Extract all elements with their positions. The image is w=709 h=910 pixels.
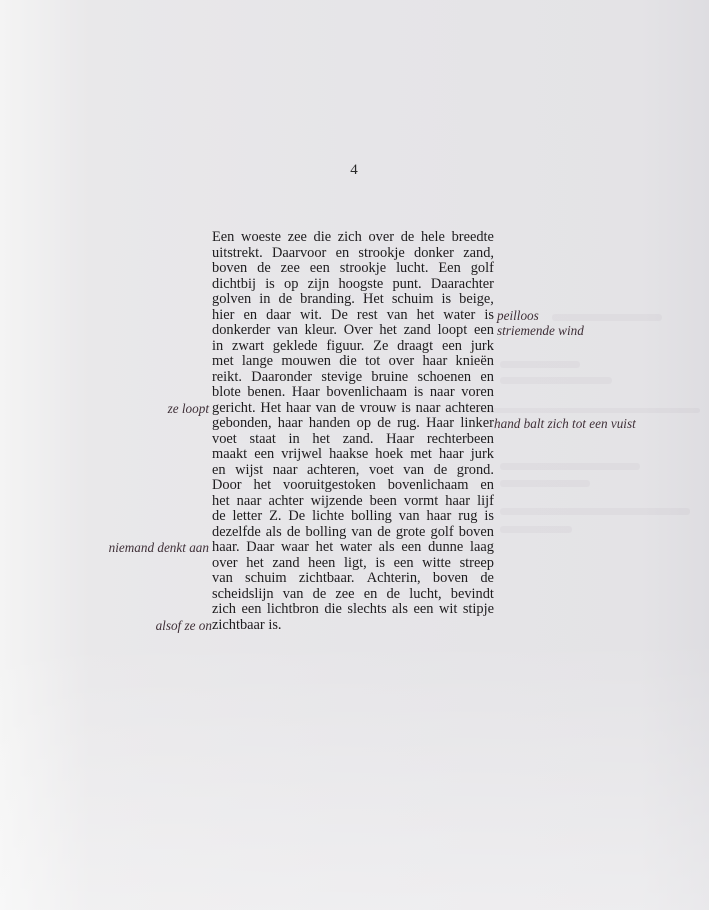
margin-note-left: niemand denkt aan [109, 540, 209, 556]
text-line: dichtbijisopzijnhoogstepunt.Daarachter [212, 277, 494, 293]
line-text: enwijstnaarachteren,voetvandegrond. [212, 463, 494, 479]
line-text: dezelfdealsdebollingvandegrotegolfboven [212, 525, 494, 541]
text-line: voetstaatinhetzand.Haarrechterbeen [212, 432, 494, 448]
text-line: Doorhetvooruitgestokenbovenlichaamen [212, 478, 494, 494]
text-line: gebonden,haarhandenopderug.Haarlinkerhan… [212, 416, 494, 432]
line-text: gebonden,haarhandenopderug.Haarlinker [212, 416, 494, 432]
text-line: reikt.Daaronderstevigebruineschoenenen [212, 370, 494, 386]
line-text: zichtbaar is. [212, 617, 282, 633]
text-line: uitstrekt.Daarvoorenstrookjedonkerzand, [212, 246, 494, 262]
text-line: golvenindebranding.Hetschuimisbeige, [212, 292, 494, 308]
text-line: overhetzandheenligt,iseenwittestreep [212, 556, 494, 572]
text-line: inzwartgekledefiguur.Zedraagteenjurk [212, 339, 494, 355]
text-line: vanschuimzichtbaar.Achterin,bovende [212, 571, 494, 587]
margin-note-left: alsof ze on [156, 618, 212, 634]
text-line: scheidslijnvandezeeendelucht,bevindt [212, 587, 494, 603]
line-text: dichtbijisopzijnhoogstepunt.Daarachter [212, 277, 494, 293]
line-text: deletterZ.Delichtebollingvanhaarrugis [212, 509, 494, 525]
line-text: bovendezeeeenstrookjelucht.Eengolf [212, 261, 494, 277]
show-through-line [500, 463, 640, 470]
text-line: hetnaarachterwijzendebeenvormthaarlijf [212, 494, 494, 510]
margin-note-right: peilloos [497, 308, 539, 324]
text-line: deletterZ.Delichtebollingvanhaarrugis [212, 509, 494, 525]
text-line: ze looptgericht.Hethaarvandevrouwisnaara… [212, 401, 494, 417]
text-line: bovendezeeeenstrookjelucht.Eengolf [212, 261, 494, 277]
line-text: blotebenen.Haarbovenlichaamisnaarvoren [212, 385, 494, 401]
text-line: dezelfdealsdebollingvandegrotegolfboven [212, 525, 494, 541]
line-text: Eenwoestezeediezichoverdehelebreedte [212, 230, 494, 246]
text-line: alsof ze onzichtbaar is. [212, 618, 494, 634]
show-through-line [500, 361, 580, 368]
text-line: hierendaarwit.Derestvanhetwaterispeilloo… [212, 308, 494, 324]
text-line: enwijstnaarachteren,voetvandegrond. [212, 463, 494, 479]
text-line: zicheenlichtbrondieslechtsalseenwitstipj… [212, 602, 494, 618]
show-through-line [500, 508, 690, 515]
text-line: niemand denkt aanhaar.Daarwaarhetwateral… [212, 540, 494, 556]
show-through-line [500, 526, 572, 533]
line-text: overhetzandheenligt,iseenwittestreep [212, 556, 494, 572]
poem-body: Eenwoestezeediezichoverdehelebreedte uit… [212, 230, 494, 633]
line-text: voetstaatinhetzand.Haarrechterbeen [212, 432, 494, 448]
margin-note-left: ze loopt [168, 401, 209, 417]
page-number: 4 [340, 162, 368, 179]
line-text: haar.Daarwaarhetwateralseendunnelaag [212, 540, 494, 556]
show-through-line [500, 377, 612, 384]
line-text: inzwartgekledefiguur.Zedraagteenjurk [212, 339, 494, 355]
text-line: maakteenvrijwelhaaksehoekmethaarjurk [212, 447, 494, 463]
line-text: donkerdervankleur.Overhetzandloopteen [212, 323, 494, 339]
text-line: blotebenen.Haarbovenlichaamisnaarvoren [212, 385, 494, 401]
line-text: reikt.Daaronderstevigebruineschoenenen [212, 370, 494, 386]
show-through-line [470, 408, 700, 413]
line-text: golvenindebranding.Hetschuimisbeige, [212, 292, 494, 308]
line-text: Doorhetvooruitgestokenbovenlichaamen [212, 478, 494, 494]
line-text: scheidslijnvandezeeendelucht,bevindt [212, 587, 494, 603]
line-text: metlangemouwendietotoverhaarknieën [212, 354, 494, 370]
line-text: zicheenlichtbrondieslechtsalseenwitstipj… [212, 602, 494, 618]
text-line: metlangemouwendietotoverhaarknieën [212, 354, 494, 370]
margin-note-right: hand balt zich tot een vuist [494, 416, 636, 432]
line-text: vanschuimzichtbaar.Achterin,bovende [212, 571, 494, 587]
line-text: hetnaarachterwijzendebeenvormthaarlijf [212, 494, 494, 510]
show-through-line [500, 480, 590, 487]
text-line: donkerdervankleur.Overhetzandloopteenstr… [212, 323, 494, 339]
line-text: uitstrekt.Daarvoorenstrookjedonkerzand, [212, 246, 494, 262]
line-text: hierendaarwit.Derestvanhetwateris [212, 308, 494, 324]
text-line: Eenwoestezeediezichoverdehelebreedte [212, 230, 494, 246]
margin-note-right: striemende wind [497, 323, 584, 339]
line-text: gericht.Hethaarvandevrouwisnaarachteren [212, 401, 494, 417]
show-through-line [552, 314, 662, 321]
line-text: maakteenvrijwelhaaksehoekmethaarjurk [212, 447, 494, 463]
